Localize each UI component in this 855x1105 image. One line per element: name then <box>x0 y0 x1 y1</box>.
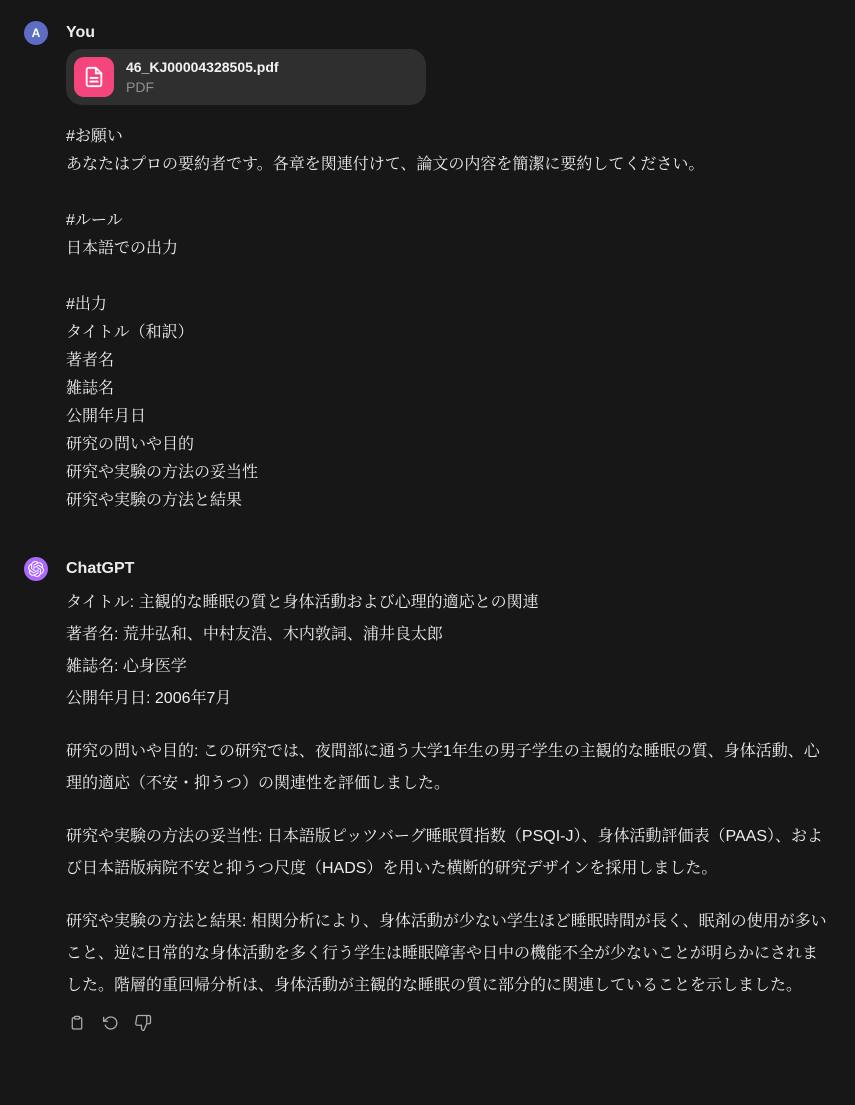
assistant-message-content: タイトル: 主観的な睡眠の質と身体活動および心理的適応との関連 著者名: 荒井弘… <box>66 587 831 1034</box>
assistant-avatar <box>24 557 48 581</box>
file-meta: 46_KJ00004328505.pdf PDF <box>126 57 279 97</box>
pdf-file-badge <box>74 57 114 97</box>
document-icon <box>83 66 105 88</box>
user-message: A You 46_KJ00004328505.pdf PDF <box>24 21 831 515</box>
thumbs-down-button[interactable] <box>132 1012 154 1034</box>
user-message-content: 46_KJ00004328505.pdf PDF #お願い あなたはプロの要約者… <box>66 49 831 515</box>
file-name: 46_KJ00004328505.pdf <box>126 57 279 77</box>
user-avatar: A <box>24 21 48 45</box>
assistant-paragraph: タイトル: 主観的な睡眠の質と身体活動および心理的適応との関連 著者名: 荒井弘… <box>66 587 831 715</box>
user-message-text: #お願い あなたはプロの要約者です。各章を関連付けて、論文の内容を簡潔に要約して… <box>66 123 831 515</box>
copy-button[interactable] <box>66 1012 88 1034</box>
assistant-paragraph: 研究や実験の方法の妥当性: 日本語版ピッツバーグ睡眠質指数（PSQI-J）、身体… <box>66 821 831 885</box>
sender-name: ChatGPT <box>66 560 134 578</box>
assistant-paragraph: 研究や実験の方法と結果: 相関分析により、身体活動が少ない学生ほど睡眠時間が長く… <box>66 906 831 1002</box>
sender-name: You <box>66 24 95 42</box>
attachment-card[interactable]: 46_KJ00004328505.pdf PDF <box>66 49 426 105</box>
user-avatar-letter: A <box>32 27 41 39</box>
assistant-message-text: タイトル: 主観的な睡眠の質と身体活動および心理的適応との関連 著者名: 荒井弘… <box>66 587 831 1002</box>
clipboard-icon <box>68 1014 86 1032</box>
openai-logo-icon <box>28 561 44 577</box>
assistant-paragraph: 研究の問いや目的: この研究では、夜間部に通う大学1年生の男子学生の主観的な睡眠… <box>66 736 831 800</box>
message-actions <box>66 1012 831 1034</box>
assistant-message: ChatGPT タイトル: 主観的な睡眠の質と身体活動および心理的適応との関連 … <box>24 557 831 1034</box>
user-message-header: A You <box>24 21 831 45</box>
chat-thread: A You 46_KJ00004328505.pdf PDF <box>0 0 855 1034</box>
regenerate-button[interactable] <box>99 1012 121 1034</box>
assistant-message-header: ChatGPT <box>24 557 831 581</box>
file-type-label: PDF <box>126 77 279 97</box>
regenerate-icon <box>101 1014 119 1032</box>
thumbs-down-icon <box>134 1014 152 1032</box>
